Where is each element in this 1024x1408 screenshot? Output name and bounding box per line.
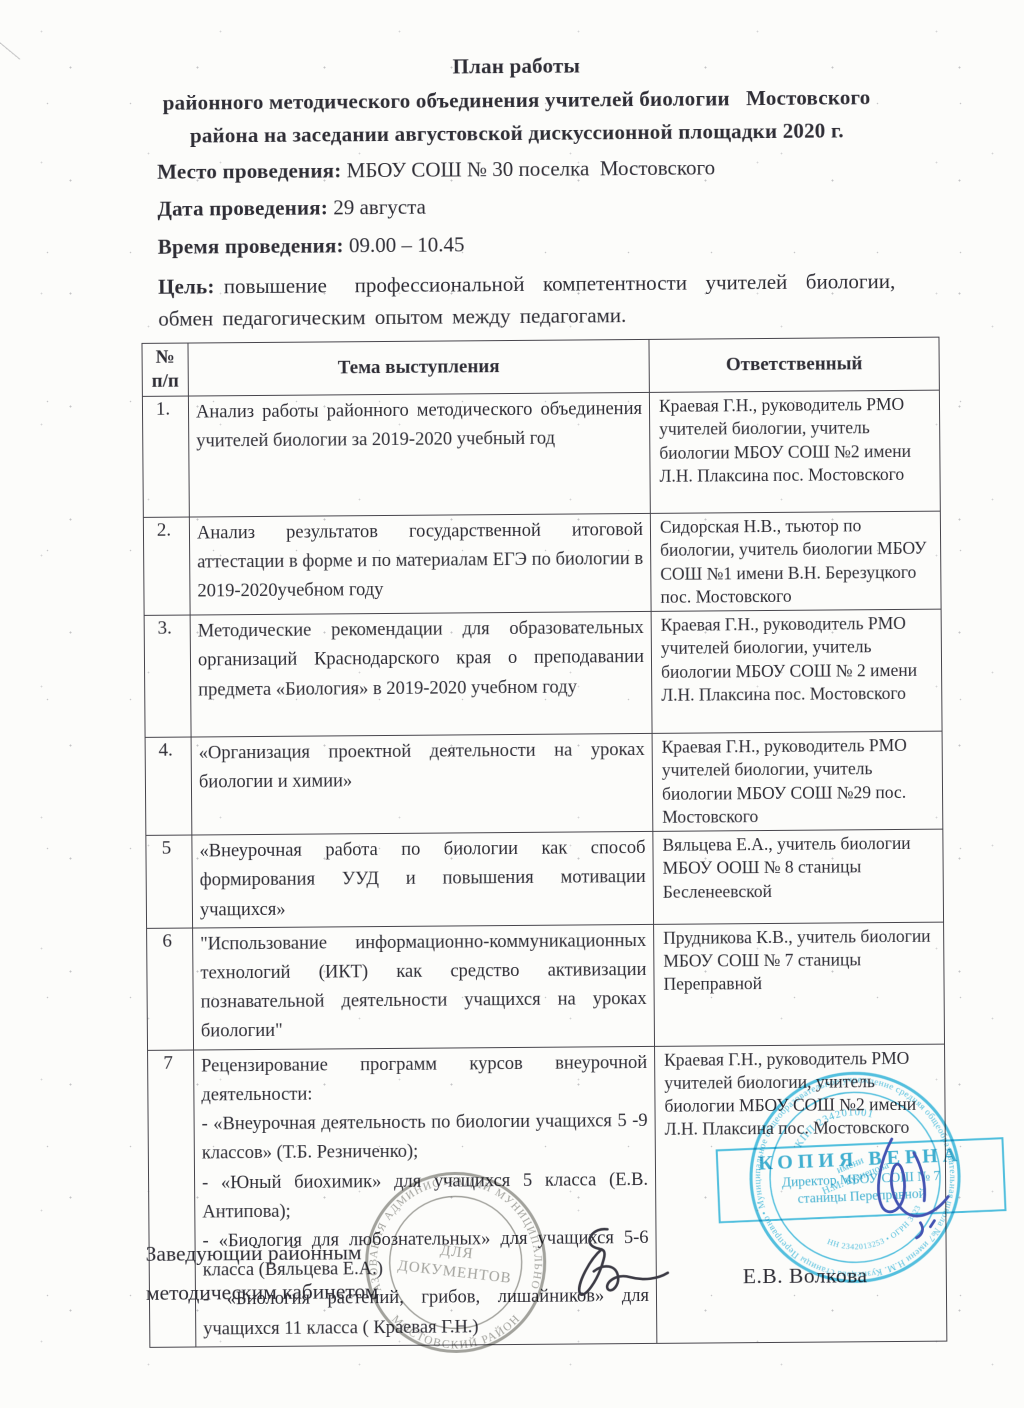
row-num: 4.: [145, 737, 192, 835]
table-header-row: № п/п Тема выступления Ответственный: [142, 337, 939, 396]
meta-place: Место проведения: МБОУ СОШ № 30 поселка …: [157, 153, 949, 187]
meta-time-value: 09.00 – 10.45: [344, 232, 465, 257]
table-row: 3. Методические рекомендации для образов…: [144, 609, 942, 737]
row-topic: «Организация проектной деятельности на у…: [191, 733, 653, 835]
row-topic: Анализ результатов государственной итого…: [189, 513, 651, 615]
meta-date: Дата проведения: 29 августа: [157, 190, 949, 224]
row-responsible: Краевая Г.Н., руководитель РМО учителей …: [649, 390, 940, 513]
row-topic: Методические рекомендации для образовате…: [190, 611, 652, 737]
signatory-name: Е.В. Волкова: [743, 1263, 868, 1289]
meta-block: Место проведения: МБОУ СОШ № 30 поселка …: [157, 153, 950, 346]
handwritten-signature-pen: [850, 1122, 981, 1243]
row-num: 6: [147, 928, 194, 1050]
meta-time: Время проведения: 09.00 – 10.45: [158, 227, 950, 261]
row-num: 5: [146, 835, 193, 928]
signatory-position: Заведующий районным методическим кабинет…: [145, 1233, 378, 1312]
row-responsible: Краевая Г.Н., руководитель РМО учителей …: [651, 609, 942, 733]
table-row: 1. Анализ работы районного методического…: [142, 390, 940, 517]
meta-date-label: Дата проведения:: [157, 196, 328, 221]
meta-place-label: Место проведения:: [157, 158, 341, 183]
table-row: 5 «Внеурочная работа по биологии как спо…: [146, 829, 944, 928]
meta-time-label: Время проведения:: [158, 233, 344, 258]
row-num: 1.: [142, 396, 189, 517]
row-responsible: Вяльцева Е.А., учитель биологии МБОУ ООШ…: [653, 829, 944, 924]
meta-goal-value: повышение профессиональной компетентност…: [158, 269, 895, 331]
scan-crease: [0, 0, 46, 60]
row-topic: Анализ работы районного методического об…: [188, 392, 650, 517]
row-responsible: Прудникова К.В., учитель биологии МБОУ С…: [654, 922, 945, 1046]
col-header-responsible: Ответственный: [649, 337, 939, 392]
scanned-document: План работы районного методического объе…: [0, 0, 1024, 1408]
table-row: 4. «Организация проектной деятельности н…: [145, 731, 943, 835]
meta-place-value: МБОУ СОШ № 30 поселка Мостовского: [341, 155, 715, 182]
row-num: 3.: [144, 615, 191, 737]
table-row: 6 "Использование информационно-коммуника…: [147, 922, 945, 1050]
handwritten-signature-ink: [563, 1219, 684, 1320]
document-title: План работы районного методического объе…: [66, 46, 967, 154]
row-topic: "Использование информационно-коммуникаци…: [193, 924, 655, 1049]
meta-date-value: 29 августа: [328, 195, 426, 220]
agenda-table: № п/п Тема выступления Ответственный 1. …: [141, 337, 947, 1348]
col-header-num: № п/п: [142, 343, 188, 396]
meta-goal: Цель: повышение профессиональной компете…: [158, 264, 950, 335]
row-responsible: Сидорская Н.В., тьютор по биологии, учит…: [650, 511, 941, 611]
row-responsible: Краевая Г.Н., руководитель РМО учителей …: [652, 731, 943, 831]
col-header-topic: Тема выступления: [188, 339, 649, 396]
table-row: 2. Анализ результатов государственной ит…: [143, 511, 941, 615]
row-topic: «Внеурочная работа по биологии как спосо…: [192, 832, 654, 928]
row-num: 2.: [143, 517, 190, 615]
meta-goal-label: Цель:: [158, 274, 215, 298]
